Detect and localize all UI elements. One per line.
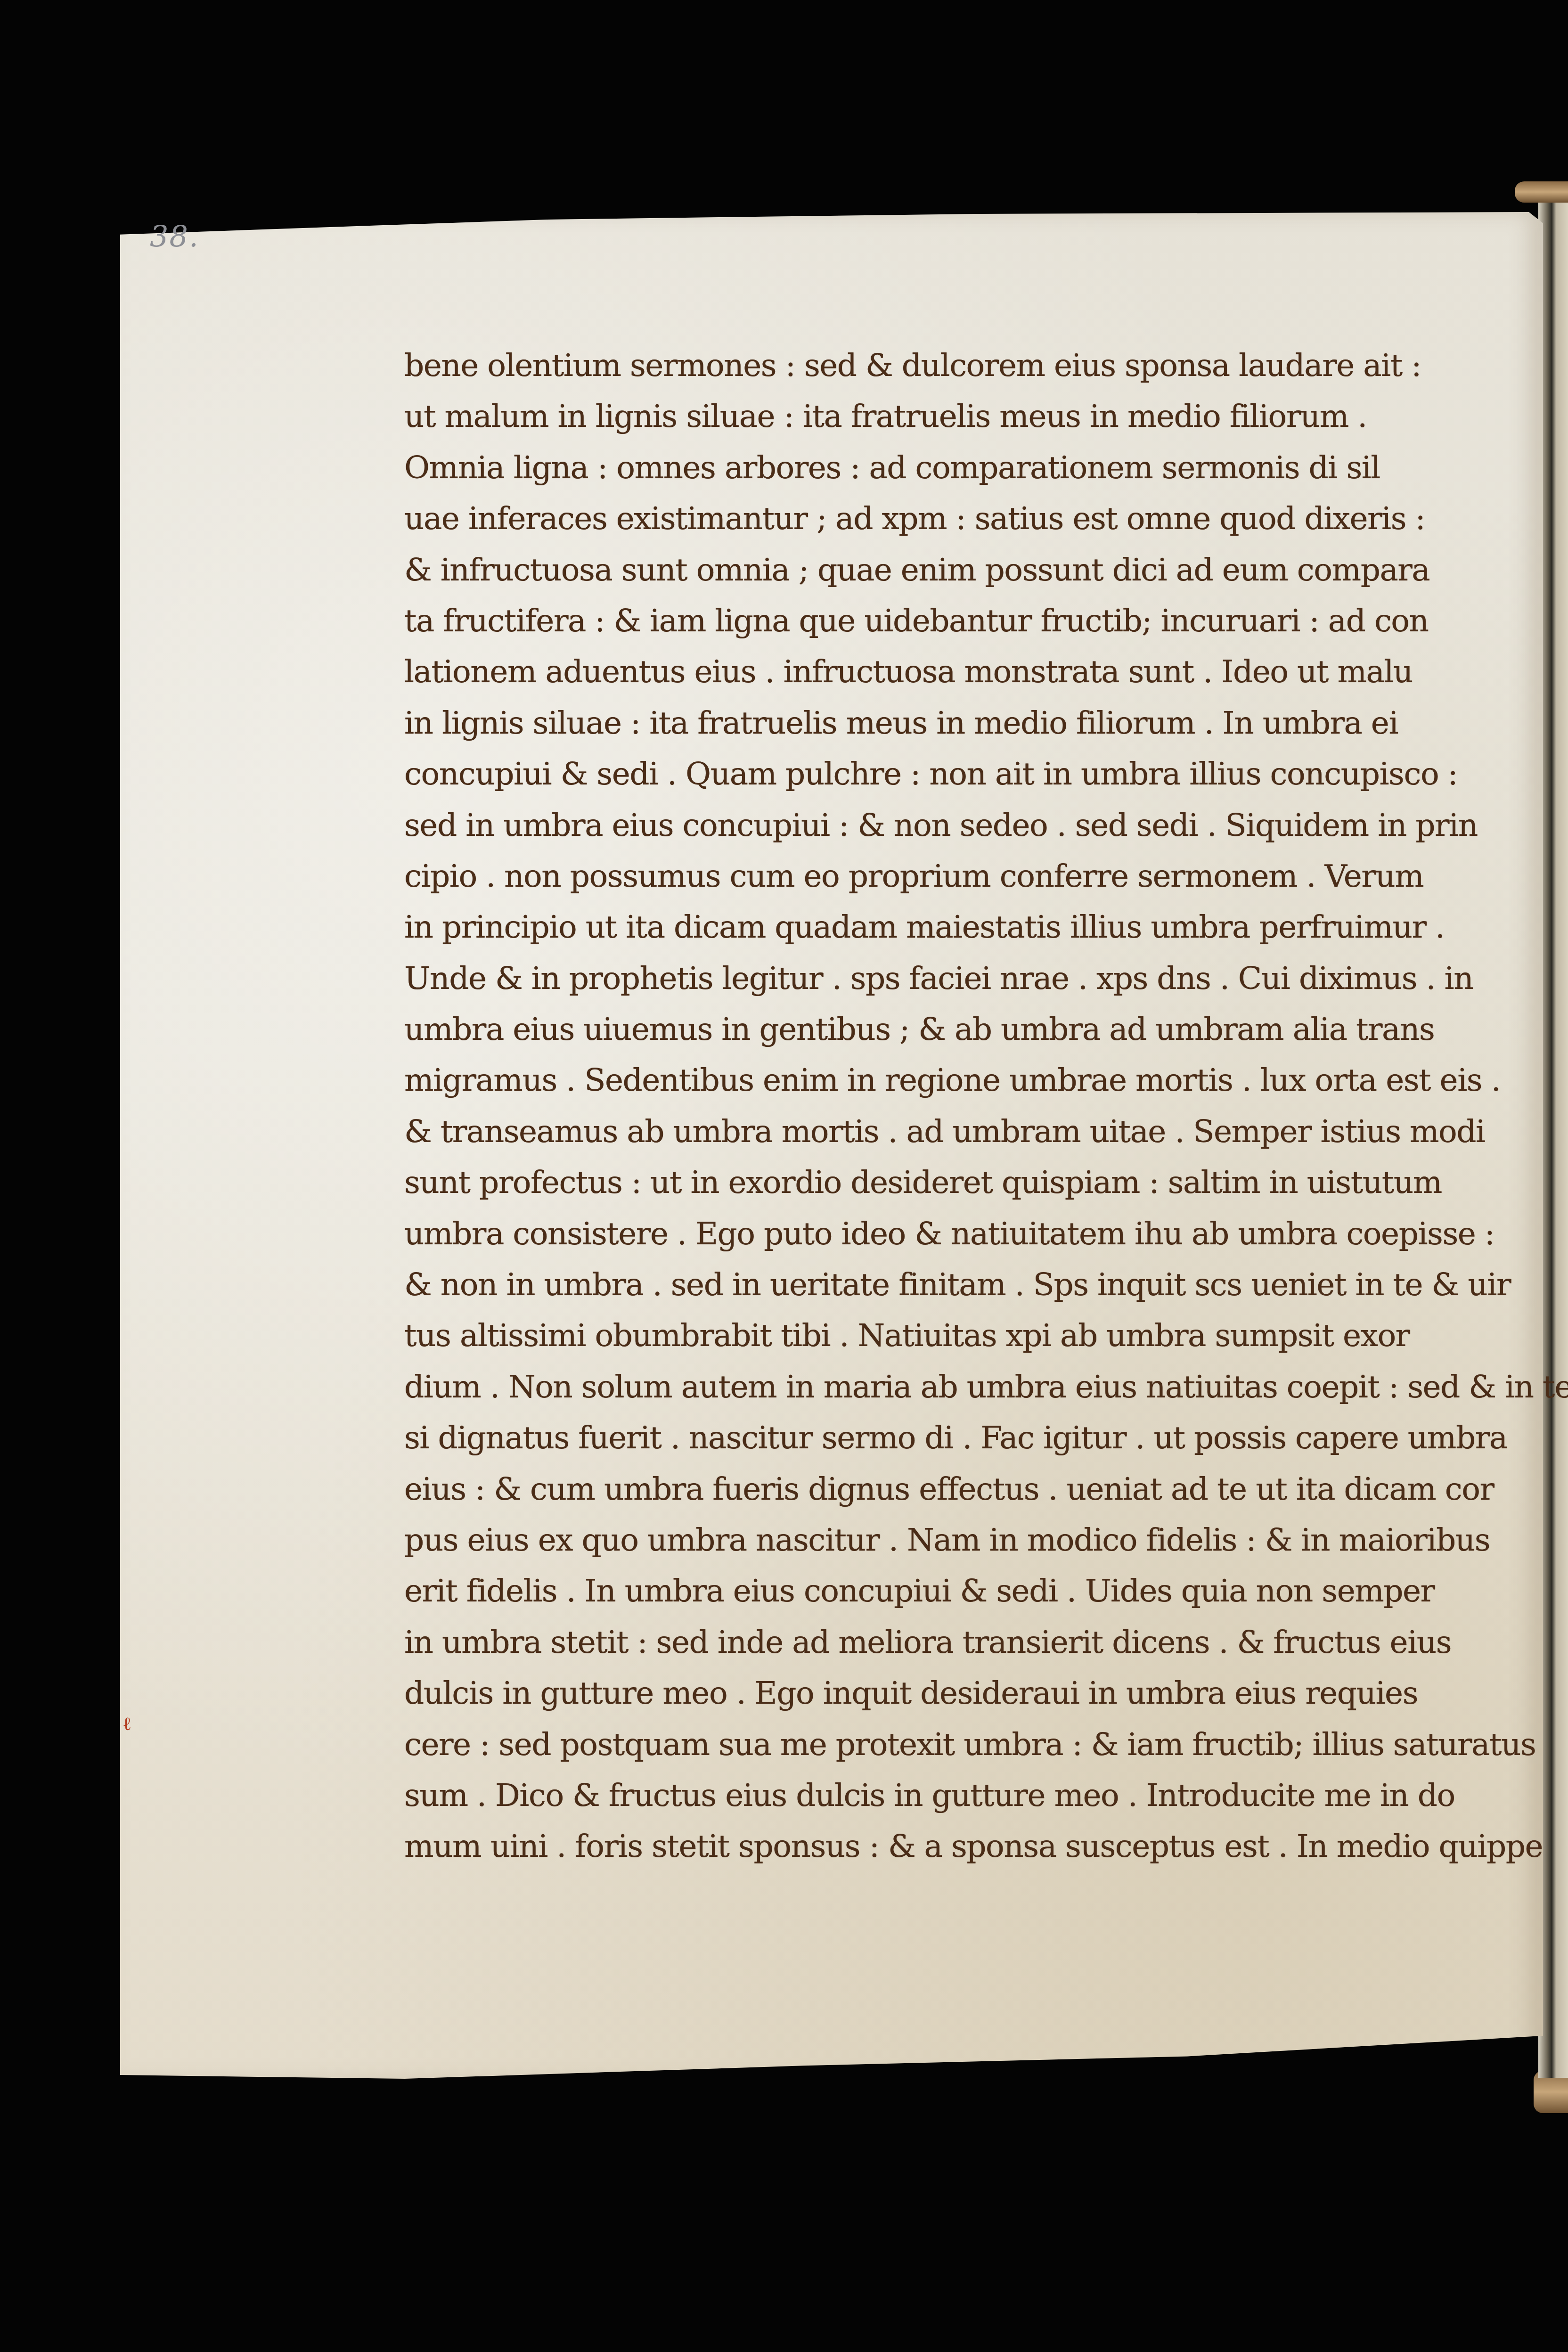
- text-line: ut malum in lignis siluae : ita fratruel…: [404, 391, 1474, 442]
- text-line: si dignatus fuerit . nascitur sermo di .…: [404, 1413, 1474, 1463]
- text-line: cipio . non possumus cum eo proprium con…: [404, 851, 1474, 902]
- text-line: in lignis siluae : ita fratruelis meus i…: [404, 698, 1474, 749]
- text-line: Unde & in prophetis legitur . sps faciei…: [404, 953, 1474, 1004]
- text-line: sunt profectus : ut in exordio desideret…: [404, 1157, 1474, 1208]
- folio-number: 38.: [150, 219, 199, 253]
- text-line: & non in umbra . sed in ueritate finitam…: [404, 1259, 1474, 1310]
- text-line: lationem aduentus eius . infructuosa mon…: [404, 646, 1474, 697]
- text-line: pus eius ex quo umbra nascitur . Nam in …: [404, 1515, 1474, 1566]
- text-line: bene olentium sermones : sed & dulcorem …: [404, 340, 1474, 391]
- text-line: sed in umbra eius concupiui : & non sede…: [404, 800, 1474, 851]
- text-line: erit fidelis . In umbra eius concupiui &…: [404, 1566, 1474, 1617]
- text-line: Omnia ligna : omnes arbores : ad compara…: [404, 442, 1474, 493]
- text-line: & transeamus ab umbra mortis . ad umbram…: [404, 1106, 1474, 1157]
- text-line: in umbra stetit : sed inde ad meliora tr…: [404, 1617, 1474, 1668]
- text-line: umbra consistere . Ego puto ideo & natiu…: [404, 1209, 1474, 1259]
- binding-cord-top: [1515, 181, 1568, 203]
- text-line: uae inferaces existimantur ; ad xpm : sa…: [404, 493, 1474, 544]
- text-line: in principio ut ita dicam quadam maiesta…: [404, 902, 1474, 953]
- text-line: cere : sed postquam sua me protexit umbr…: [404, 1719, 1474, 1770]
- text-line: migramus . Sedentibus enim in regione um…: [404, 1055, 1474, 1106]
- text-line: dium . Non solum autem in maria ab umbra…: [404, 1362, 1474, 1413]
- text-line: ta fructifera : & iam ligna que uidebant…: [404, 596, 1474, 646]
- text-block: bene olentium sermones : sed & dulcorem …: [404, 340, 1474, 1872]
- margin-red-mark: ℓ: [123, 1713, 131, 1735]
- text-line: sum . Dico & fructus eius dulcis in gutt…: [404, 1770, 1474, 1821]
- text-line: concupiui & sedi . Quam pulchre : non ai…: [404, 749, 1474, 800]
- text-line: tus altissimi obumbrabit tibi . Natiuita…: [404, 1310, 1474, 1361]
- text-line: umbra eius uiuemus in gentibus ; & ab um…: [404, 1004, 1474, 1055]
- text-line: & infructuosa sunt omnia ; quae enim pos…: [404, 545, 1474, 596]
- text-line: dulcis in gutture meo . Ego inquit desid…: [404, 1668, 1474, 1719]
- scan-background: 38. ℓ bene olentium sermones : sed & dul…: [0, 0, 1568, 2352]
- text-line: eius : & cum umbra fueris dignus effectu…: [404, 1464, 1474, 1515]
- text-line: mum uini . foris stetit sponsus : & a sp…: [404, 1821, 1474, 1872]
